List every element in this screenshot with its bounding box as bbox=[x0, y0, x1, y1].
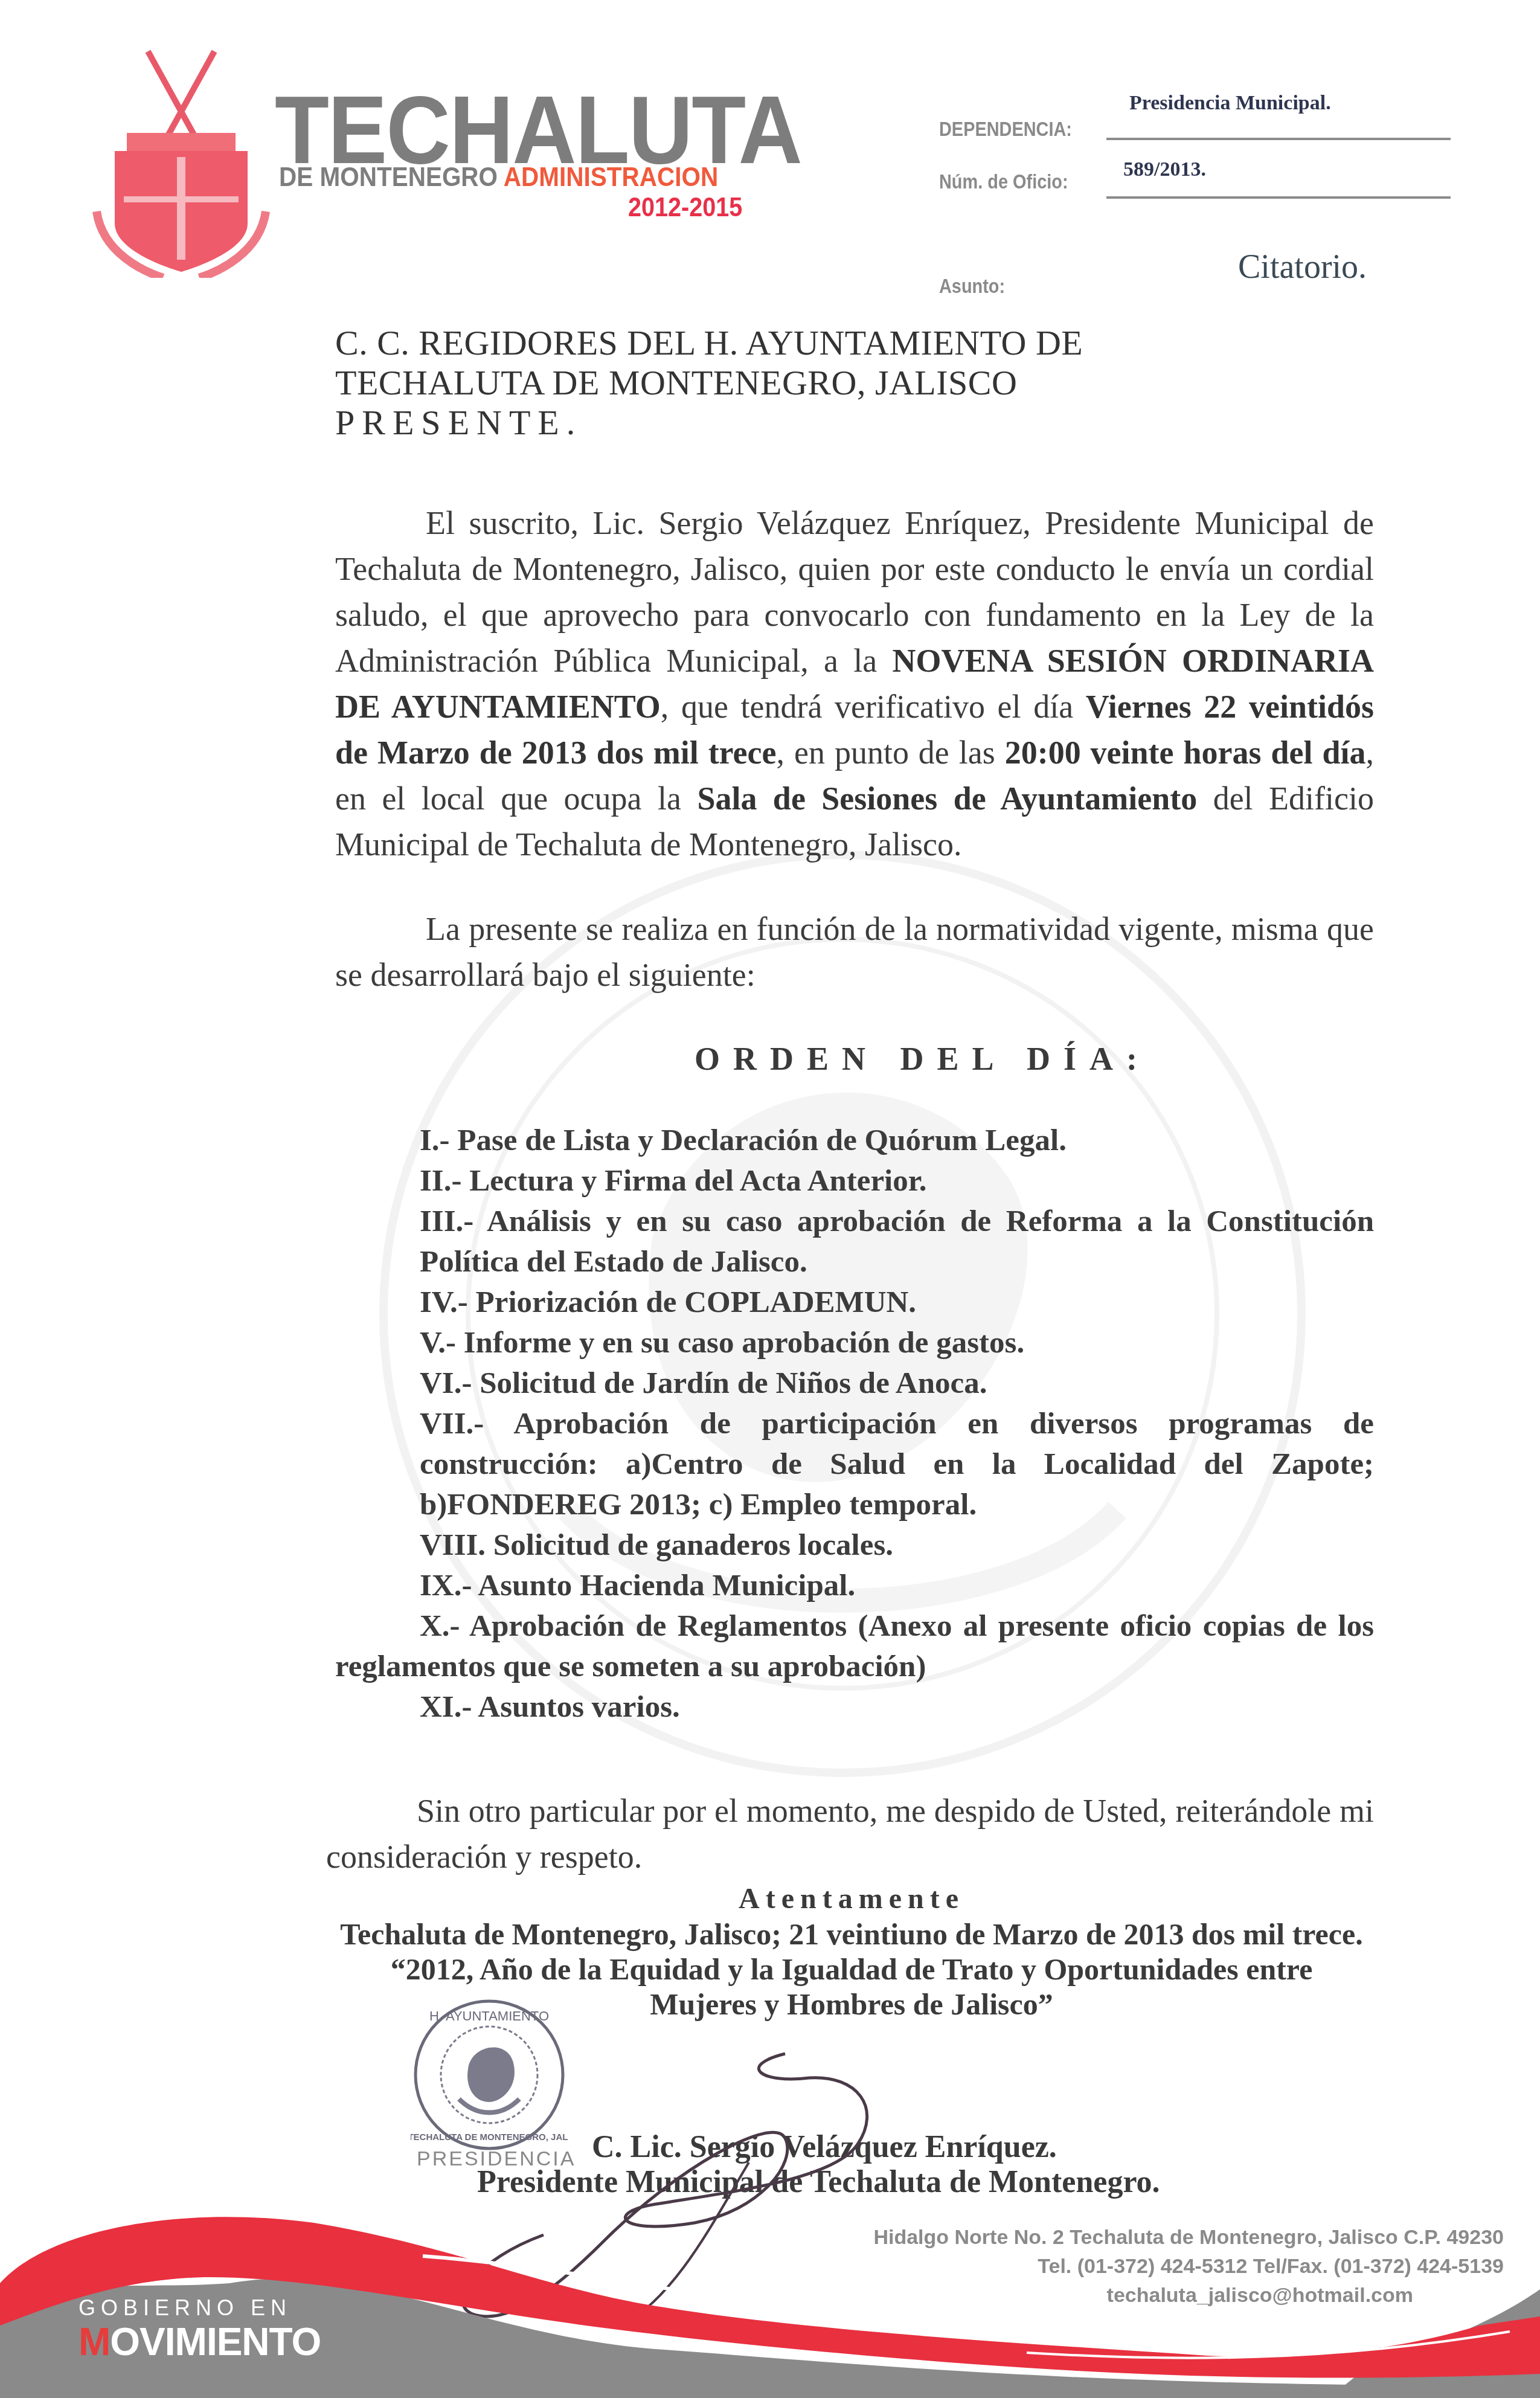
footer-phones: Tel. (01-372) 424-5312 Tel/Fax. (01-372)… bbox=[873, 2252, 1504, 2281]
footer-email[interactable]: techaluta_jalisco@hotmail.com bbox=[873, 2281, 1504, 2310]
dependencia-label: DEPENDENCIA: bbox=[939, 118, 1072, 141]
agenda-item-8: VIII. Solicitud de ganaderos locales. bbox=[335, 1525, 1374, 1566]
addressee-line-3: PRESENTE. bbox=[335, 403, 1083, 443]
svg-text:TECHALUTA DE MONTENEGRO, JAL.: TECHALUTA DE MONTENEGRO, JAL. bbox=[411, 2132, 568, 2142]
municipal-crest-icon bbox=[91, 48, 272, 278]
dependencia-value: Presidencia Municipal. bbox=[1129, 92, 1331, 115]
agenda-item-2: II.- Lectura y Firma del Acta Anterior. bbox=[335, 1161, 1374, 1201]
brand-sub-orange: ADMINISTRACION bbox=[504, 162, 718, 192]
place-date: Techaluta de Montenegro, Jalisco; 21 vei… bbox=[314, 1917, 1389, 1952]
body-paragraph-2: La presente se realiza en función de la … bbox=[335, 906, 1374, 998]
gov-logo-top: GOBIERNO EN bbox=[79, 2295, 321, 2321]
addressee-line-2: TECHALUTA DE MONTENEGRO, JALISCO bbox=[335, 363, 1083, 403]
oficio-label: Núm. de Oficio: bbox=[939, 170, 1068, 194]
closing-text: Sin otro particular por el momento, me d… bbox=[326, 1793, 1374, 1875]
agenda-item-7: VII.- Aprobación de participación en div… bbox=[335, 1404, 1374, 1525]
asunto-value: Citatorio. bbox=[1238, 248, 1367, 286]
dependencia-underline bbox=[1106, 138, 1451, 140]
p1-text-c: , que tendrá verificativo el día bbox=[661, 689, 1086, 725]
agenda-item-10: X.- Aprobación de Reglamentos (Anexo al … bbox=[335, 1606, 1374, 1687]
brand-years: 2012-2015 bbox=[628, 194, 742, 221]
addressee-block: C. C. REGIDORES DEL H. AYUNTAMIENTO DE T… bbox=[335, 323, 1083, 443]
agenda-item-9: IX.- Asunto Hacienda Municipal. bbox=[335, 1566, 1374, 1606]
gobierno-en-movimiento-logo: GOBIERNO EN MOVIMIENTO bbox=[79, 2295, 321, 2364]
addressee-line-1: C. C. REGIDORES DEL H. AYUNTAMIENTO DE bbox=[335, 323, 1083, 363]
agenda-item-5: V.- Informe y en su caso aprobación de g… bbox=[335, 1323, 1374, 1363]
agenda-item-6: VI.- Solicitud de Jardín de Niños de Ano… bbox=[335, 1363, 1374, 1404]
signer-name: C. Lic. Sergio Velázquez Enríquez. bbox=[592, 2130, 1057, 2164]
agenda-item-4: IV.- Priorización de COPLADEMUN. bbox=[335, 1282, 1374, 1323]
svg-text:H. AYUNTAMIENTO: H. AYUNTAMIENTO bbox=[429, 2008, 549, 2024]
session-time: 20:00 veinte horas del día bbox=[1005, 735, 1366, 771]
atentamente: Atentamente bbox=[314, 1882, 1389, 1917]
gov-logo-bottom: MOVIMIENTO bbox=[79, 2319, 321, 2364]
p1-text-e: , en punto de las bbox=[777, 735, 1005, 771]
brand-subtitle: DE MONTENEGRO ADMINISTRACION bbox=[279, 164, 718, 191]
footer-contact: Hidalgo Norte No. 2 Techaluta de Montene… bbox=[873, 2223, 1504, 2310]
gov-logo-m: M bbox=[79, 2320, 110, 2364]
footer-address: Hidalgo Norte No. 2 Techaluta de Montene… bbox=[873, 2223, 1504, 2252]
agenda-item-11: XI.- Asuntos varios. bbox=[335, 1687, 1374, 1728]
brand-sub-gray: DE MONTENEGRO bbox=[279, 162, 498, 192]
p2-text: La presente se realiza en función de la … bbox=[335, 911, 1374, 993]
oficio-underline bbox=[1106, 196, 1451, 199]
agenda-title: ORDEN DEL DÍA: bbox=[695, 1040, 1150, 1078]
session-location: Sala de Sesiones de Ayuntamiento bbox=[697, 780, 1197, 817]
body-paragraph-1: El suscrito, Lic. Sergio Velázquez Enríq… bbox=[335, 500, 1374, 867]
closing-paragraph: Sin otro particular por el momento, me d… bbox=[326, 1788, 1374, 1880]
official-seal-stamp-icon: H. AYUNTAMIENTO TECHALUTA DE MONTENEGRO,… bbox=[411, 1996, 568, 2153]
asunto-label: Asunto: bbox=[939, 275, 1005, 298]
agenda-list: I.- Pase de Lista y Declaración de Quóru… bbox=[335, 1120, 1374, 1728]
agenda-item-1: I.- Pase de Lista y Declaración de Quóru… bbox=[335, 1120, 1374, 1161]
oficio-value: 589/2013. bbox=[1123, 158, 1206, 181]
agenda-item-3: III.- Análisis y en su caso aprobación d… bbox=[335, 1201, 1374, 1282]
gov-logo-rest: OVIMIENTO bbox=[110, 2320, 321, 2364]
